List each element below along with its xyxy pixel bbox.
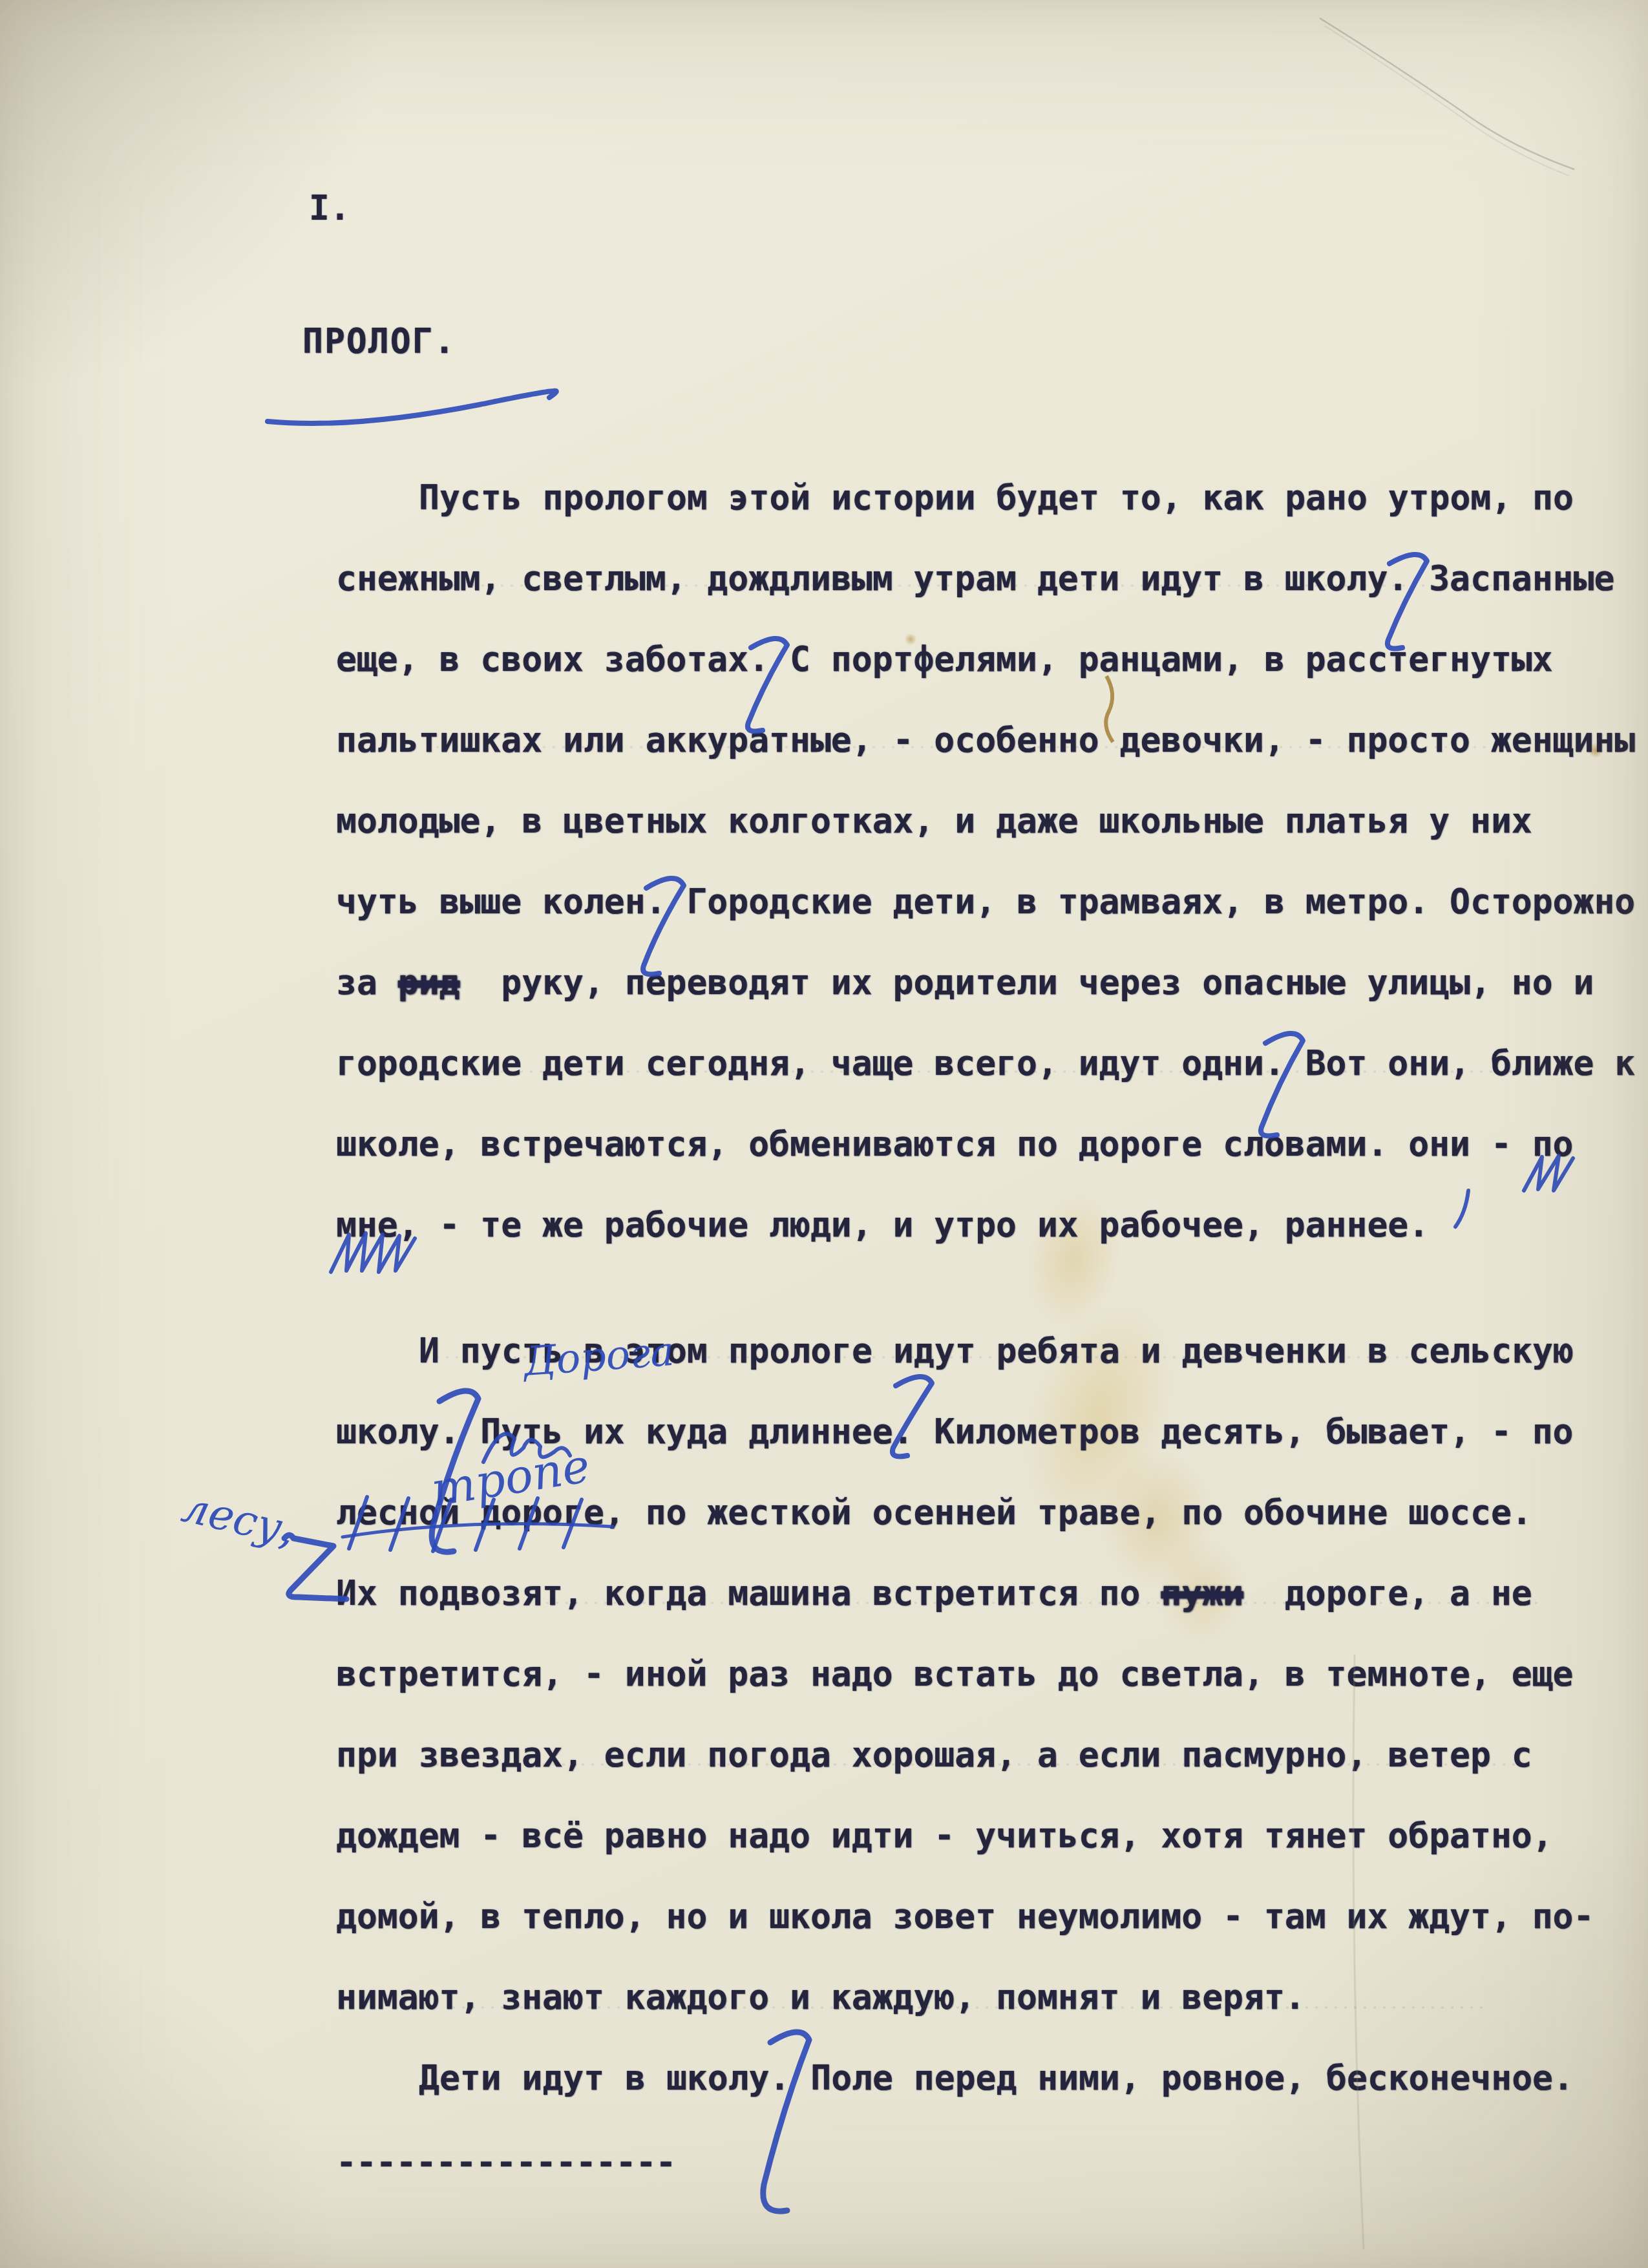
manuscript-page: I. ПРОЛОГ. Пусть прологом этой истории б…: [0, 0, 1648, 2268]
typescript-line: школу. Путь их куда длиннее. Километров …: [336, 1392, 1648, 1472]
typescript-text: Дети идут в школу. Поле перед ними, ровн…: [419, 2059, 1574, 2098]
typescript-line: чуть выше колен. Городские дети, в трамв…: [336, 862, 1648, 942]
paragraph: Пусть прологом этой истории будет то, ка…: [336, 458, 1648, 1266]
typescript-line: встретится, - иной раз надо встать до св…: [336, 1634, 1648, 1715]
typescript-text: школе, встречаются, обмениваются по доро…: [336, 1125, 1574, 1164]
typescript-line: Дети идут в школу. Поле перед ними, ровн…: [336, 2038, 1648, 2119]
typescript-text: нимают, знают каждого и каждую, помнят и…: [336, 1978, 1305, 2017]
typescript-line: снежным, светлым, дождливым утрам дети и…: [336, 538, 1648, 619]
typescript-line: мне, - те же рабочие люди, и утро их раб…: [336, 1185, 1648, 1266]
paper-crease: [1320, 18, 1574, 169]
typescript-line: дождем - всё равно надо идти - учиться, …: [336, 1796, 1648, 1876]
typescript-text: школу. Путь их куда длиннее. Километров …: [336, 1412, 1574, 1452]
paragraph: И пусть в этом прологе идут ребята и дев…: [336, 1311, 1648, 2038]
typescript-text: еще, в своих заботах. С портфелями, ранц…: [336, 640, 1553, 679]
typescript-body: Пусть прологом этой истории будет то, ка…: [336, 458, 1648, 2119]
typescript-text: при звездах, если погода хорошая, а если…: [336, 1735, 1532, 1775]
typescript-line: домой, в тепло, но и школа зовет неумоли…: [336, 1876, 1648, 1957]
typescript-text: молодые, в цветных колготках, и даже шко…: [336, 801, 1532, 841]
page-number: I.: [309, 191, 350, 226]
typescript-line: Пусть прологом этой истории будет то, ка…: [336, 458, 1648, 538]
heading-underline: [268, 391, 556, 423]
section-heading: ПРОЛОГ.: [302, 324, 456, 359]
paper-crease: [1325, 26, 1569, 176]
typed-strikeout-word: рид: [398, 963, 460, 1002]
typescript-text: снежным, светлым, дождливым утрам дети и…: [336, 559, 1614, 599]
typescript-text: за: [336, 963, 398, 1002]
paragraph: Дети идут в школу. Поле перед ними, ровн…: [336, 2038, 1648, 2119]
typescript-text: дороге, а не: [1243, 1574, 1532, 1613]
typescript-line: школе, встречаются, обмениваются по доро…: [336, 1104, 1648, 1185]
typescript-text: встретится, - иной раз надо встать до св…: [336, 1655, 1574, 1694]
handwritten-word-lesu: лесу,: [177, 1482, 300, 1556]
typescript-text: руку, переводят их родители через опасны…: [460, 963, 1594, 1002]
typescript-text: домой, в тепло, но и школа зовет неумоли…: [336, 1897, 1594, 1936]
typescript-line: нимают, знают каждого и каждую, помнят и…: [336, 1957, 1648, 2038]
typescript-line: Их подвозят, когда машина встретится по …: [336, 1553, 1648, 1634]
typescript-line: за рид руку, переводят их родители через…: [336, 942, 1648, 1023]
typescript-text: И пусть в этом прологе идут ребята и дев…: [419, 1331, 1574, 1371]
typescript-line: лесной дороге, по жесткой осенней траве,…: [336, 1472, 1648, 1553]
typed-strikeout-word: пужи: [1161, 1574, 1243, 1613]
typescript-line: городские дети сегодня, чаще всего, идут…: [336, 1023, 1648, 1104]
typescript-line: пальтишках или аккуратные, - особенно де…: [336, 700, 1648, 781]
typescript-text: мне, - те же рабочие люди, и утро их раб…: [336, 1205, 1429, 1245]
typed-divider: -----------------: [336, 2123, 675, 2203]
typescript-text: городские дети сегодня, чаще всего, идут…: [336, 1044, 1635, 1083]
typescript-line: молодые, в цветных колготках, и даже шко…: [336, 781, 1648, 862]
typescript-text: чуть выше колен. Городские дети, в трамв…: [336, 882, 1635, 922]
typescript-text: Их подвозят, когда машина встретится по: [336, 1574, 1161, 1613]
typescript-line: еще, в своих заботах. С портфелями, ранц…: [336, 619, 1648, 700]
typescript-line: И пусть в этом прологе идут ребята и дев…: [336, 1311, 1648, 1392]
typescript-text: дождем - всё равно надо идти - учиться, …: [336, 1816, 1553, 1856]
typescript-text: лесной дороге, по жесткой осенней траве,…: [336, 1493, 1532, 1532]
typescript-text: пальтишках или аккуратные, - особенно де…: [336, 721, 1635, 760]
typescript-text: Пусть прологом этой истории будет то, ка…: [419, 478, 1574, 518]
typescript-line: при звездах, если погода хорошая, а если…: [336, 1715, 1648, 1796]
